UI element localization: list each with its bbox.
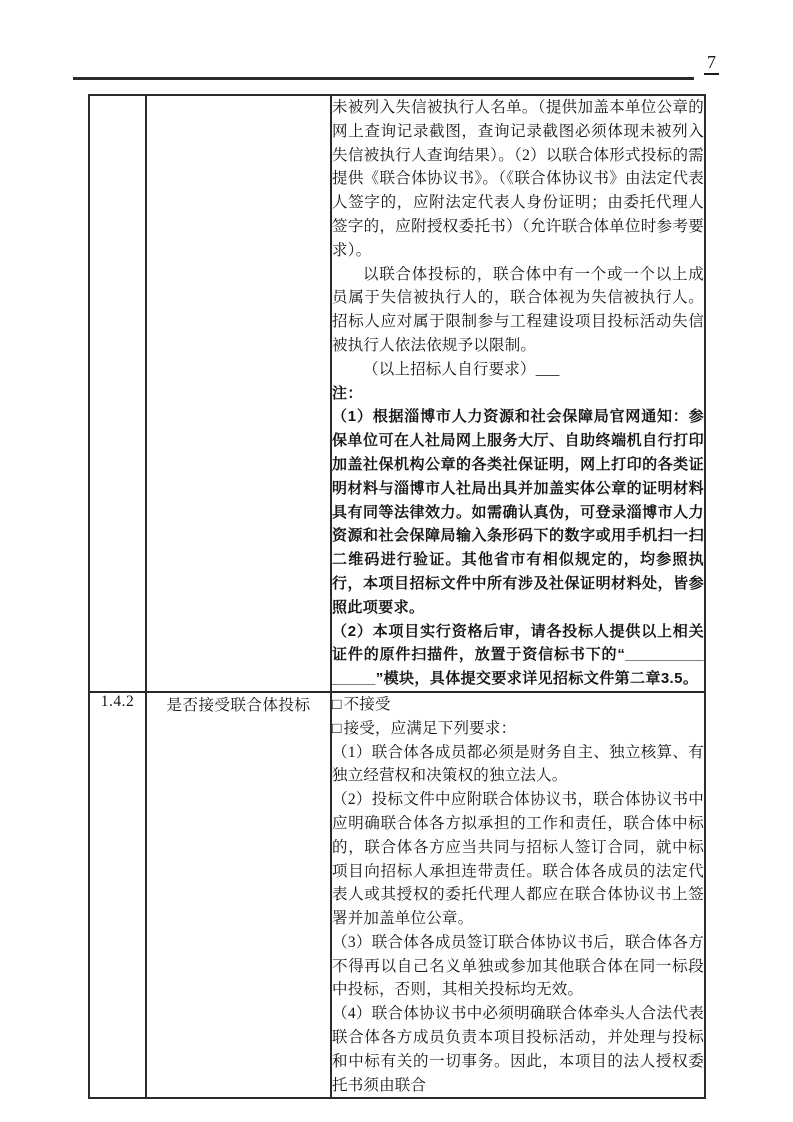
document-page: 7 未被列入失信被执行人名单。（提供加盖本单位公章的网上查询记录截图，查询记录截…: [0, 0, 793, 1122]
page-number: 7: [704, 52, 719, 75]
row-id-cell: 1.4.2: [89, 692, 146, 1099]
option-accept: □接受，应满足下列要求：: [332, 717, 704, 741]
option-label: 接受，应满足下列要求：: [344, 720, 517, 737]
requirement-item-4: （4）联合体协议书中必须明确联合体牵头人合法代表联合体各方成员负责本项目投标活动…: [332, 1002, 704, 1097]
row-label-cell: [146, 95, 331, 692]
paragraph-credit-list: 未被列入失信被执行人名单。（提供加盖本单位公章的网上查询记录截图，查询记录截图必…: [332, 96, 704, 263]
header-rule: [73, 77, 694, 80]
requirement-item-3: （3）联合体各成员签订联合体协议书后，联合体各方不得再以自己名义单独或参加其他联…: [332, 931, 704, 1002]
row-content-cell: □不接受 □接受，应满足下列要求： （1）联合体各成员都必须是财务自主、独立核算…: [331, 692, 705, 1099]
row-id-cell: [89, 95, 146, 692]
checkbox-icon: □: [332, 696, 342, 713]
paragraph-consortium-credit: 以联合体投标的，联合体中有一个或一个以上成员属于失信被执行人的，联合体视为失信被…: [332, 263, 704, 358]
requirement-item-2: （2）投标文件中应附联合体协议书，联合体协议书中应明确联合体各方拟承担的工作和责…: [332, 788, 704, 931]
note-heading: 注：: [332, 382, 704, 406]
option-label: 不接受: [344, 696, 391, 713]
note-item-2: （2）本项目实行资格后审，请各投标人提供以上相关证件的原件扫描件，放置于资信标书…: [332, 620, 704, 691]
paragraph-tenderer-requirement: （以上招标人自行要求）___: [332, 358, 704, 382]
row-label-cell: 是否接受联合体投标: [146, 692, 331, 1099]
option-not-accept: □不接受: [332, 693, 704, 717]
checkbox-icon: □: [332, 720, 342, 737]
note-item-1: （1）根据淄博市人力资源和社会保障局官网通知：参保单位可在人社局网上服务大厅、自…: [332, 405, 704, 619]
bid-conditions-table: 未被列入失信被执行人名单。（提供加盖本单位公章的网上查询记录截图，查询记录截图必…: [88, 94, 706, 1099]
table-row-continuation: 未被列入失信被执行人名单。（提供加盖本单位公章的网上查询记录截图，查询记录截图必…: [89, 95, 705, 692]
row-content-cell: 未被列入失信被执行人名单。（提供加盖本单位公章的网上查询记录截图，查询记录截图必…: [331, 95, 705, 692]
requirement-item-1: （1）联合体各成员都必须是财务自主、独立核算、有独立经营权和决策权的独立法人。: [332, 741, 704, 789]
table-row-1-4-2: 1.4.2 是否接受联合体投标 □不接受 □接受，应满足下列要求： （1）联合体…: [89, 692, 705, 1099]
